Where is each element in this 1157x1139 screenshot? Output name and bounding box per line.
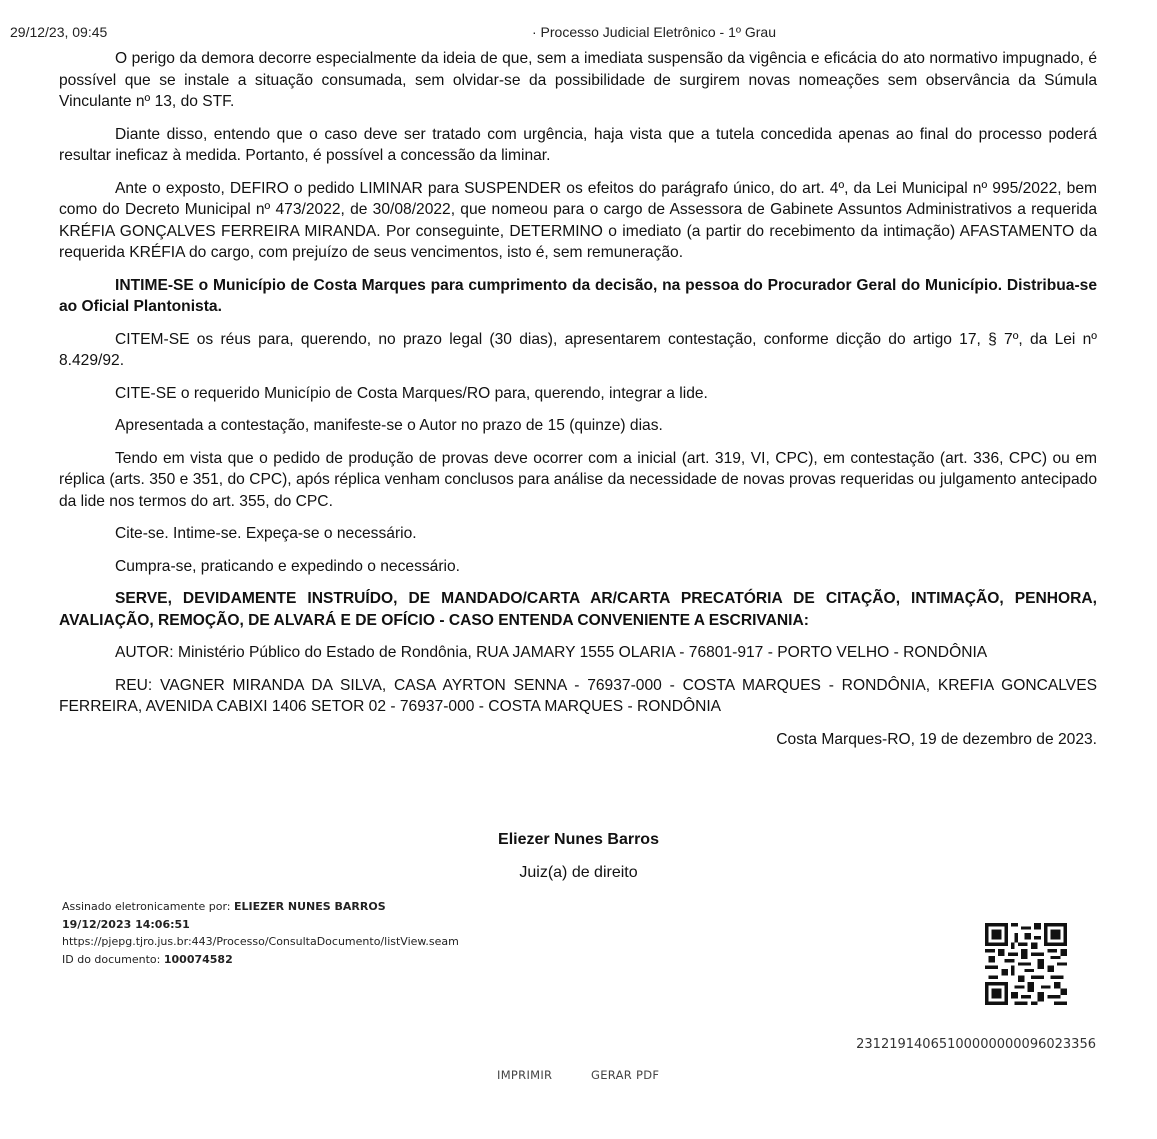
qr-code-icon: [985, 923, 1067, 1005]
signer-role: Juiz(a) de direito: [0, 864, 1157, 882]
paragraph-autor: AUTOR: Ministério Público do Estado de R…: [59, 642, 1097, 664]
paragraph: Apresentada a contestação, manifeste-se …: [59, 415, 1097, 437]
print-button[interactable]: IMPRIMIR: [497, 1068, 552, 1082]
paragraph: O perigo da demora decorre especialmente…: [59, 48, 1097, 113]
signed-label: Assinado eletronicamente por:: [62, 900, 230, 913]
signer-name: Eliezer Nunes Barros: [0, 831, 1157, 849]
signature-metadata: Assinado eletronicamente por: ELIEZER NU…: [62, 898, 459, 968]
paragraph-bold: SERVE, DEVIDAMENTE INSTRUÍDO, DE MANDADO…: [59, 588, 1097, 631]
generate-pdf-button[interactable]: GERAR PDF: [591, 1068, 659, 1082]
document-body: O perigo da demora decorre especialmente…: [59, 48, 1097, 761]
doc-id-label: ID do documento:: [62, 953, 160, 966]
page-title: · Processo Judicial Eletrônico - 1º Grau: [532, 24, 776, 40]
paragraph: Cumpra-se, praticando e expedindo o nece…: [59, 556, 1097, 578]
doc-id: 100074582: [164, 953, 233, 966]
document-url: https://pjepg.tjro.jus.br:443/Processo/C…: [62, 933, 459, 951]
paragraph: Cite-se. Intime-se. Expeça-se o necessár…: [59, 523, 1097, 545]
paragraph-bold: INTIME-SE o Município de Costa Marques p…: [59, 275, 1097, 318]
verification-code: 23121914065100000000096023356: [856, 1037, 1096, 1052]
place-date: Costa Marques-RO, 19 de dezembro de 2023…: [59, 729, 1097, 751]
paragraph: CITE-SE o requerido Município de Costa M…: [59, 383, 1097, 405]
paragraph: CITEM-SE os réus para, querendo, no praz…: [59, 329, 1097, 372]
print-datetime: 29/12/23, 09:45: [10, 24, 107, 40]
paragraph: Tendo em vista que o pedido de produção …: [59, 448, 1097, 513]
paragraph: Diante disso, entendo que o caso deve se…: [59, 124, 1097, 167]
signed-at: 19/12/2023 14:06:51: [62, 918, 190, 931]
paragraph: Ante o exposto, DEFIRO o pedido LIMINAR …: [59, 178, 1097, 264]
signed-by: ELIEZER NUNES BARROS: [234, 900, 386, 913]
paragraph-reu: REU: VAGNER MIRANDA DA SILVA, CASA AYRTO…: [59, 675, 1097, 718]
